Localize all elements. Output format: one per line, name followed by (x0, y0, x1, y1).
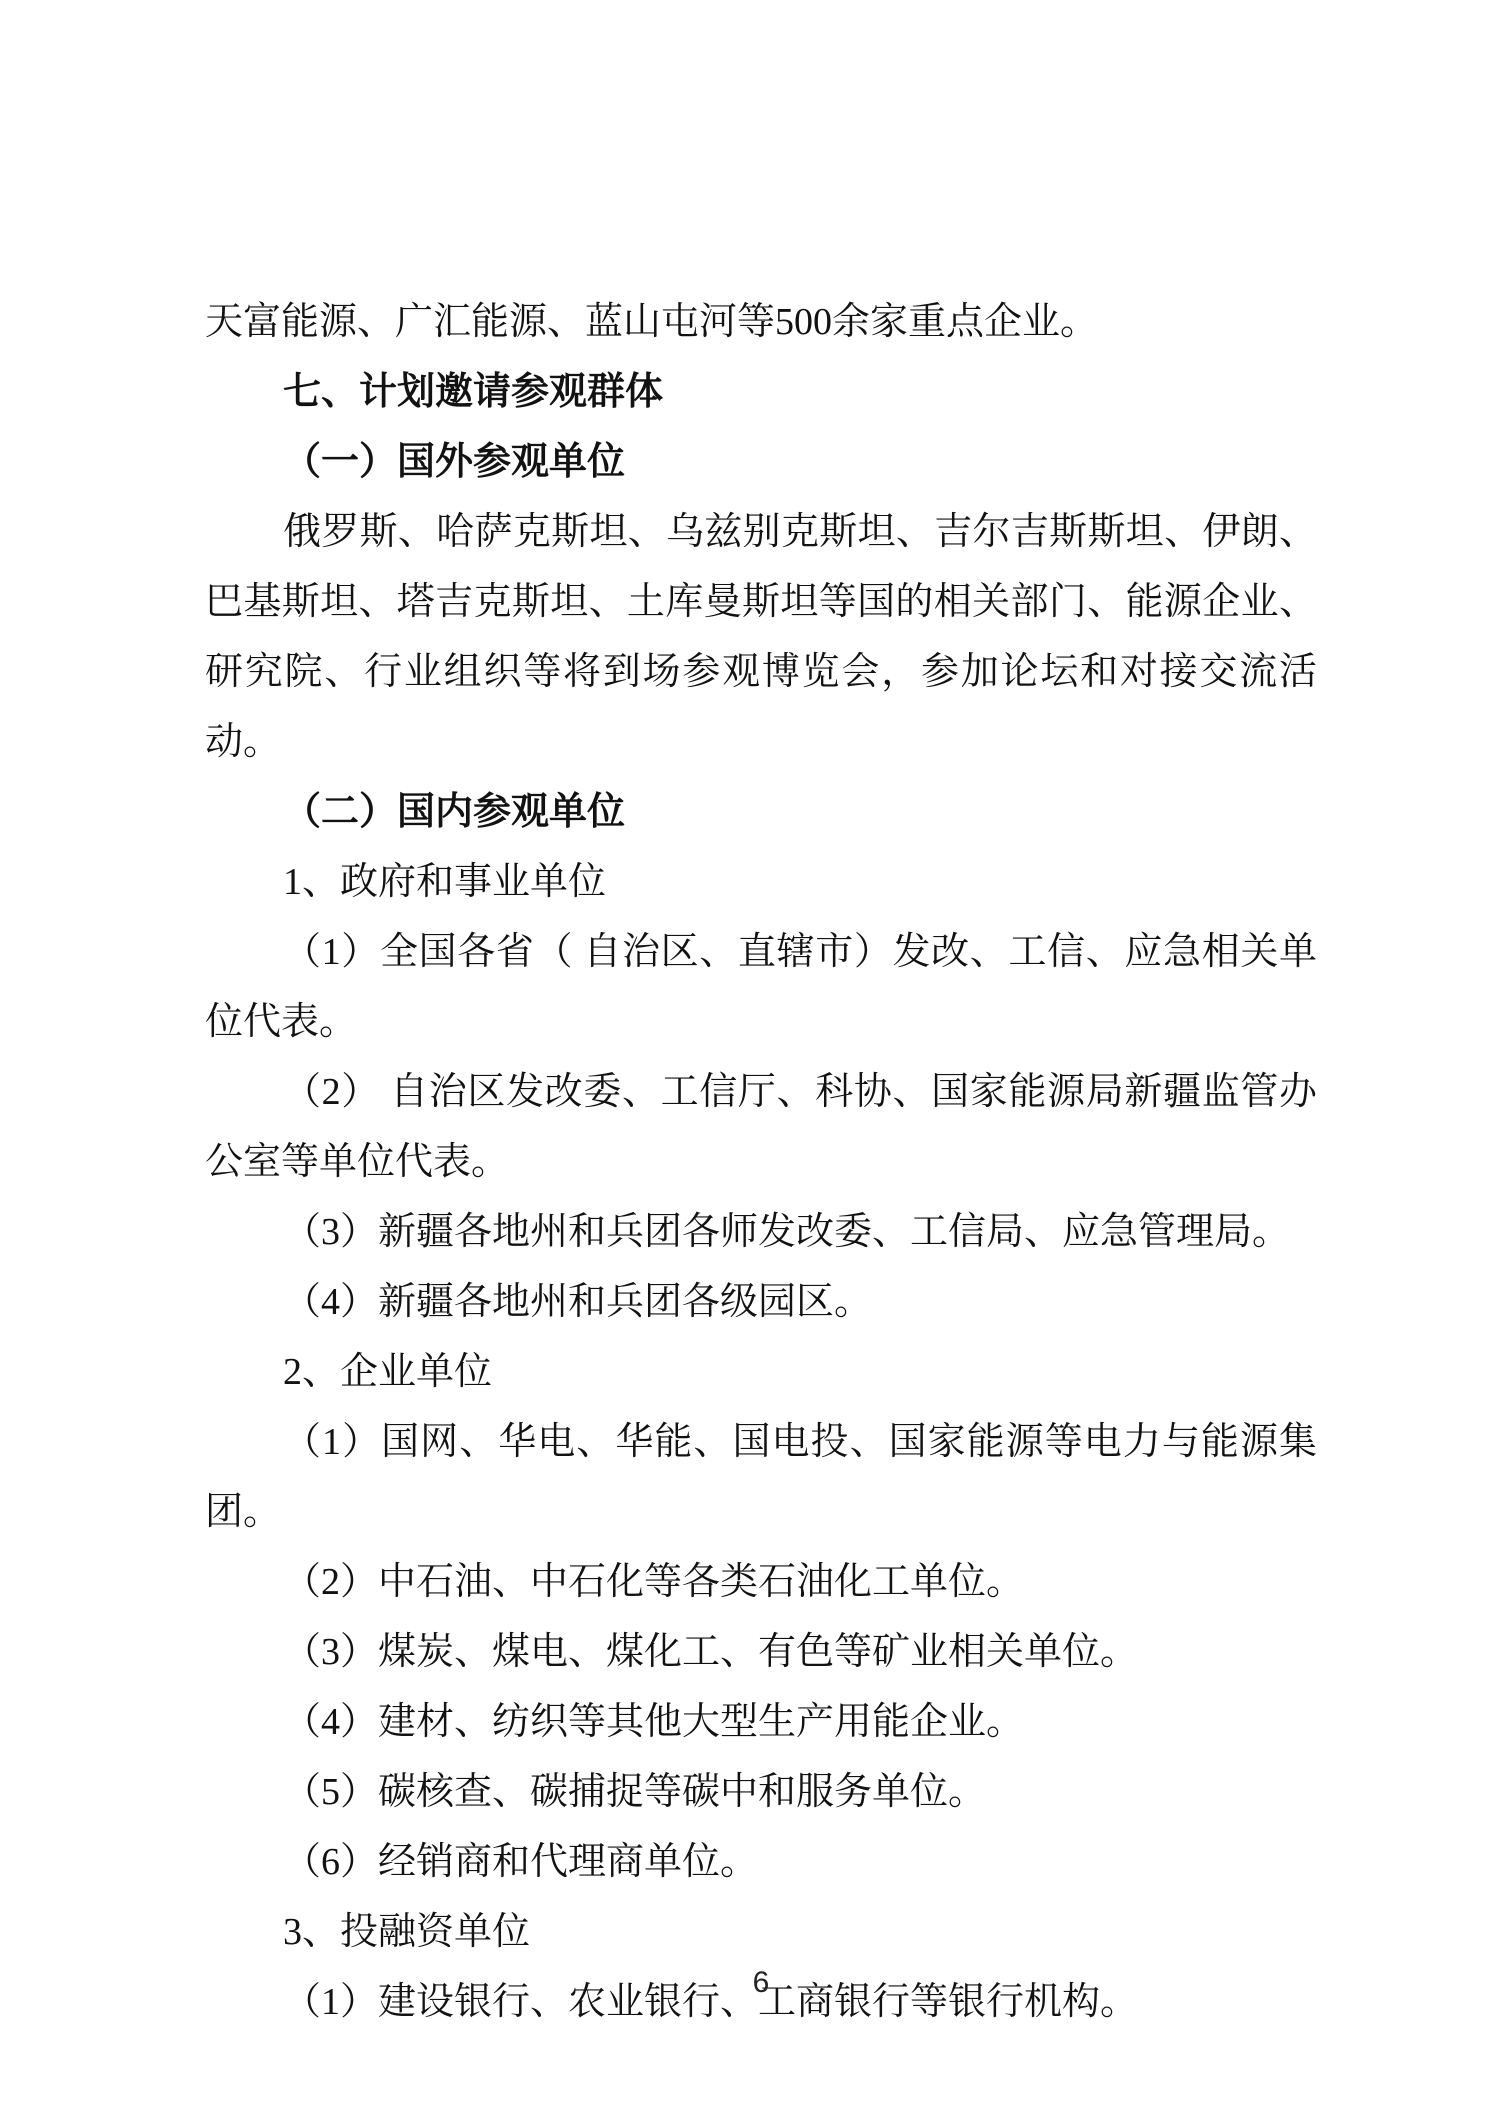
document-body: 天富能源、广汇能源、蓝山屯河等500余家重点企业。 七、计划邀请参观群体 （一）… (205, 287, 1317, 2037)
list-item-enterprise-2: （2）中石油、中石化等各类石油化工单位。 (205, 1547, 1317, 1617)
heading-foreign-visitors: （一）国外参观单位 (205, 427, 1317, 497)
list-item-enterprise-6: （6）经销商和代理商单位。 (205, 1827, 1317, 1897)
heading-section-7: 七、计划邀请参观群体 (205, 357, 1317, 427)
list-item-enterprise-units: 2、企业单位 (205, 1337, 1317, 1407)
paragraph-continuation: 天富能源、广汇能源、蓝山屯河等500余家重点企业。 (205, 287, 1317, 357)
list-item-enterprise-4: （4）建材、纺织等其他大型生产用能企业。 (205, 1687, 1317, 1757)
list-item-gov-units: 1、政府和事业单位 (205, 847, 1317, 917)
paragraph-foreign-visitors: 俄罗斯、哈萨克斯坦、乌兹别克斯坦、吉尔吉斯斯坦、伊朗、巴基斯坦、塔吉克斯坦、土库… (205, 497, 1317, 777)
list-item-enterprise-1: （1）国网、华电、华能、国电投、国家能源等电力与能源集团。 (205, 1407, 1317, 1547)
list-item-gov-4: （4）新疆各地州和兵团各级园区。 (205, 1267, 1317, 1337)
list-item-enterprise-5: （5）碳核查、碳捕捉等碳中和服务单位。 (205, 1757, 1317, 1827)
heading-domestic-visitors: （二）国内参观单位 (205, 777, 1317, 847)
list-item-gov-2: （2） 自治区发改委、工信厅、科协、国家能源局新疆监管办公室等单位代表。 (205, 1057, 1317, 1197)
list-item-gov-1: （1）全国各省（ 自治区、直辖市）发改、工信、应急相关单位代表。 (205, 917, 1317, 1057)
document-page: 天富能源、广汇能源、蓝山屯河等500余家重点企业。 七、计划邀请参观群体 （一）… (0, 0, 1500, 2121)
list-item-gov-3: （3）新疆各地州和兵团各师发改委、工信局、应急管理局。 (205, 1197, 1317, 1267)
page-number: 6 (205, 1950, 1317, 2016)
list-item-enterprise-3: （3）煤炭、煤电、煤化工、有色等矿业相关单位。 (205, 1617, 1317, 1687)
